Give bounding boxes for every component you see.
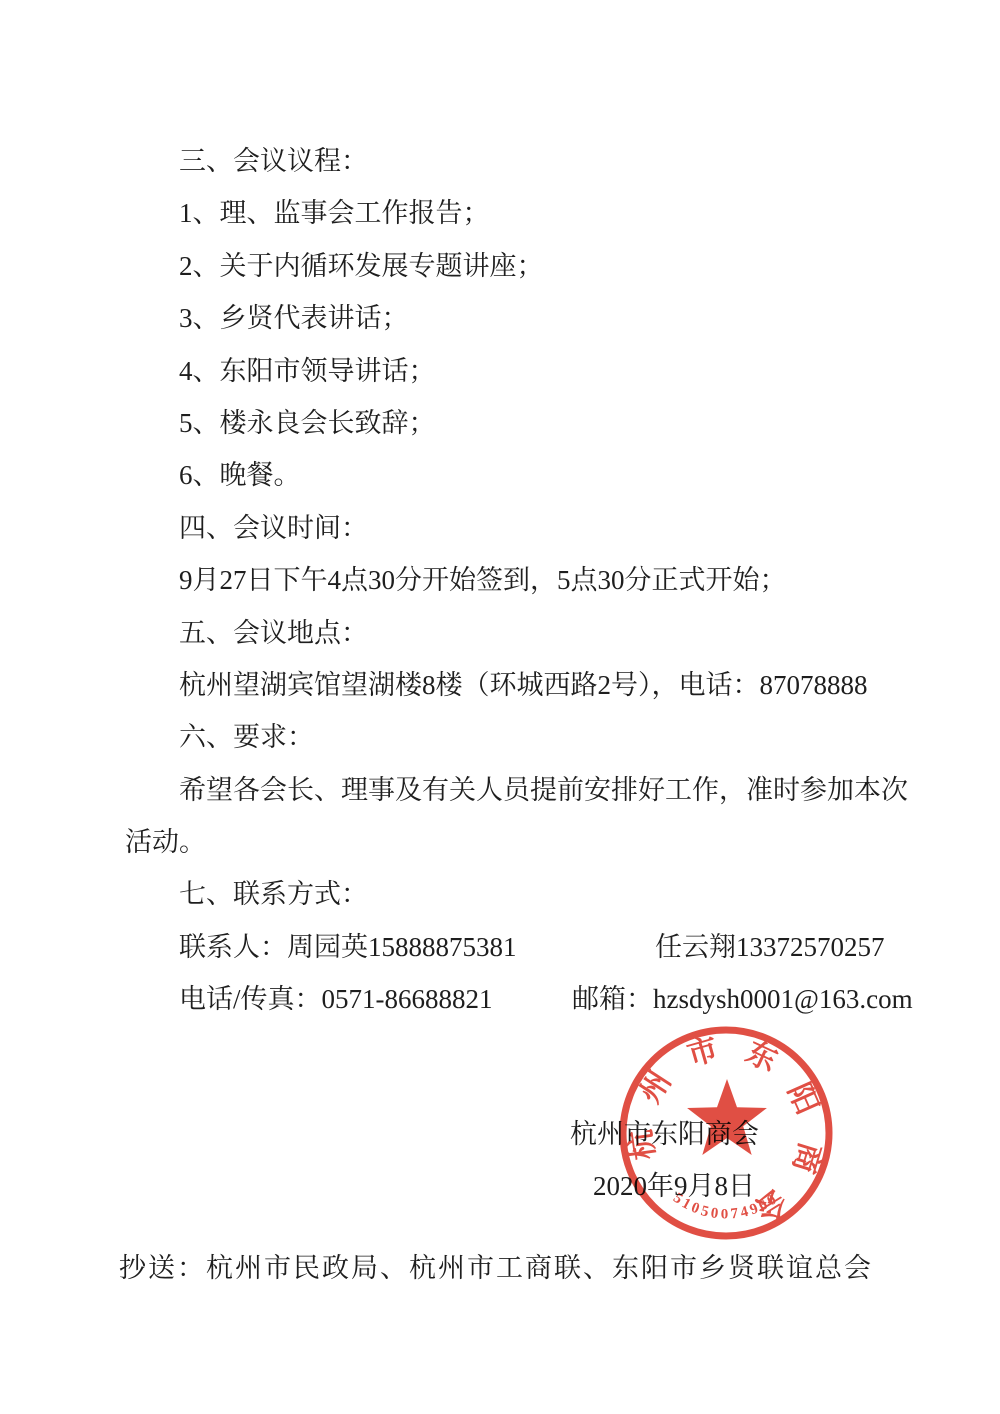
requirement-text-line2: 活动。 [125, 816, 915, 868]
meeting-time-text: 9月27日下午4点30分开始签到，5点30分正式开始； [125, 554, 915, 606]
meeting-place-text: 杭州望湖宾馆望湖楼8楼（环城西路2号），电话：87078888 [125, 659, 915, 711]
contact-email: 邮箱：hzsdysh0001@163.com [572, 973, 913, 1025]
section-agenda-heading: 三、会议议程： [125, 135, 915, 187]
contact-row-persons: 联系人：周园英15888875381 任云翔13372570257 [125, 921, 915, 973]
agenda-item-2: 2、关于内循环发展专题讲座； [125, 240, 915, 292]
agenda-item-4: 4、东阳市领导讲话； [125, 345, 915, 397]
agenda-item-1: 1、理、监事会工作报告； [125, 187, 915, 239]
requirement-text-line1: 希望各会长、理事及有关人员提前安排好工作，准时参加本次 [125, 764, 915, 816]
section-place-heading: 五、会议地点： [125, 607, 915, 659]
agenda-item-5: 5、楼永良会长致辞； [125, 397, 915, 449]
signature-date: 2020年9月8日 [125, 1160, 915, 1212]
section-requirement-heading: 六、要求： [125, 711, 915, 763]
contact-row-phone-email: 电话/传真：0571-86688821 邮箱：hzsdysh0001@163.c… [125, 973, 915, 1025]
cc-recipients-line: 抄送：杭州市民政局、杭州市工商联、东阳市乡贤联谊总会 [119, 1242, 915, 1294]
document-page: { "page": { "background": "#ffffff", "in… [0, 0, 1000, 1414]
section-contact-heading: 七、联系方式： [125, 868, 915, 920]
signature-organization: 杭州市东阳商会 [125, 1108, 915, 1160]
contact-person-1: 联系人：周园英15888875381 [179, 932, 517, 962]
contact-phone-fax: 电话/传真：0571-86688821 [179, 984, 493, 1014]
section-time-heading: 四、会议时间： [125, 502, 915, 554]
agenda-item-3: 3、乡贤代表讲话； [125, 292, 915, 344]
agenda-item-6: 6、晚餐。 [125, 449, 915, 501]
notice-body: 三、会议议程： 1、理、监事会工作报告； 2、关于内循环发展专题讲座； 3、乡贤… [125, 135, 915, 1294]
contact-person-2: 任云翔13372570257 [655, 921, 885, 973]
